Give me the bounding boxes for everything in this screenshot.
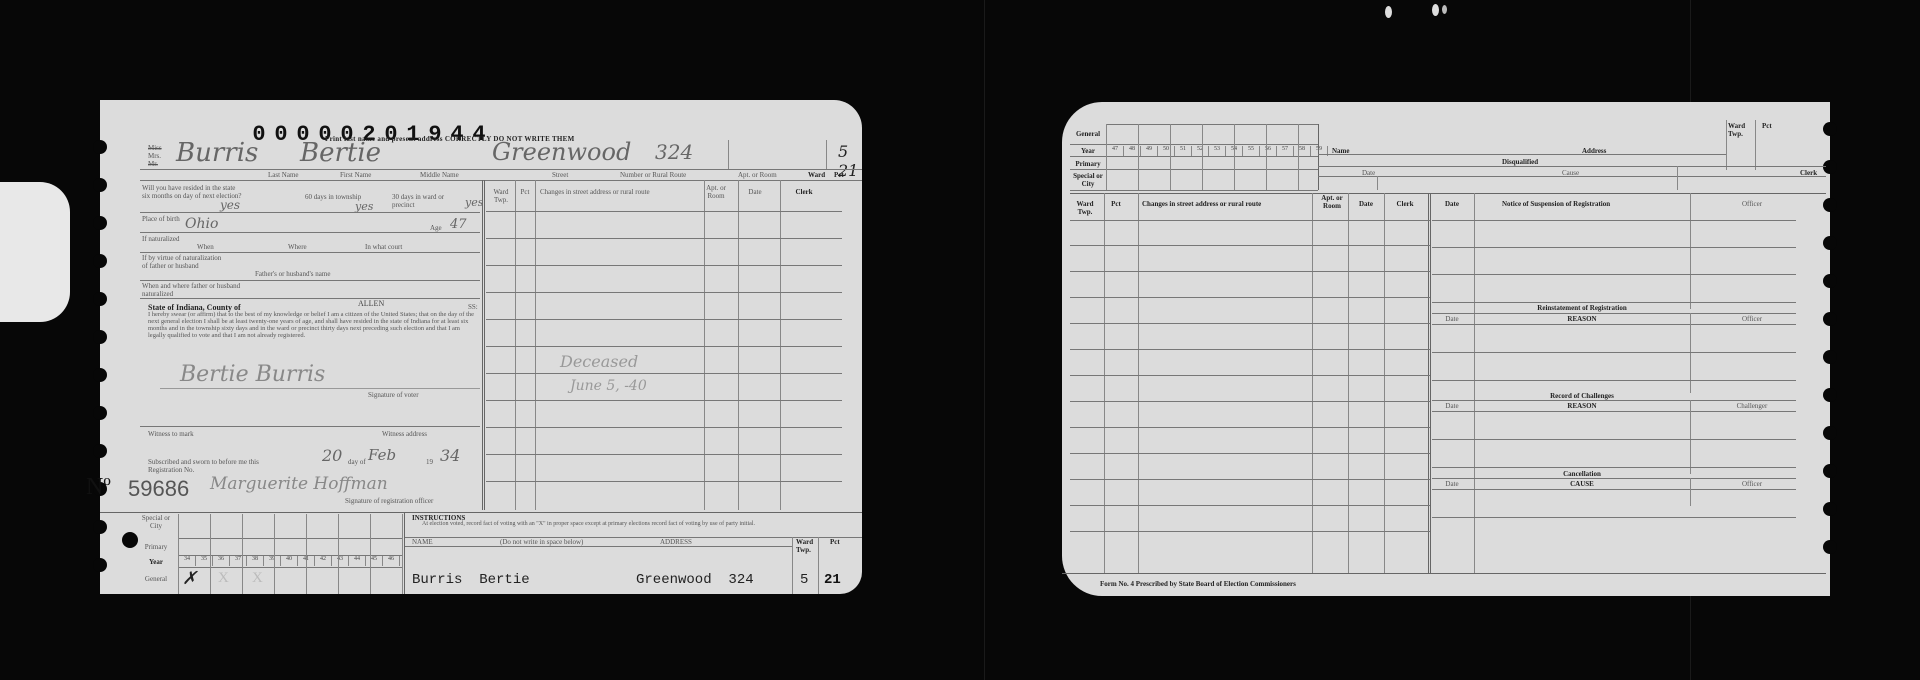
- deceased-date: June 5, -40: [570, 378, 647, 394]
- resided-value: yes: [220, 198, 240, 212]
- voter-signature: Bertie Burris: [180, 362, 325, 387]
- registration-card-back: General Year Primary Special or City 47 …: [1062, 102, 1830, 596]
- cancellation-title: Cancellation: [1474, 470, 1690, 478]
- film-glare: [0, 182, 70, 322]
- challenges-title: Record of Challenges: [1474, 392, 1690, 400]
- sworn-month: Feb: [368, 446, 396, 464]
- sworn-day: 20: [322, 446, 342, 465]
- film-speck: [1432, 4, 1439, 16]
- number-value: 324: [655, 140, 693, 164]
- typed-pct: 21: [824, 572, 841, 588]
- form-footer: Form No. 4 Prescribed by State Board of …: [1100, 580, 1296, 588]
- typed-address: Greenwood 324: [636, 572, 754, 588]
- oath-text: I hereby swear (or affirm) that to the b…: [148, 311, 478, 339]
- birth-place-value: Ohio: [185, 216, 218, 232]
- reinstatement-title: Reinstatement of Registration: [1474, 304, 1690, 312]
- vote-year-row: 47 48 49 50 51 52 53 54 55 56 57 58 59: [1106, 146, 1328, 156]
- officer-signature: Marguerite Hoffman: [210, 474, 388, 494]
- salutations: Miss Mrs. Mr.: [148, 144, 162, 168]
- street-value: Greenwood: [492, 138, 631, 166]
- general-mark-38: X: [252, 570, 263, 587]
- suspension-title: Notice of Suspension of Registration: [1502, 200, 1610, 208]
- film-streak: [984, 0, 985, 680]
- first-name-value: Bertie: [300, 138, 381, 168]
- registration-number: 59686: [128, 476, 189, 502]
- vote-year-row: 34 35 36 37 38 39 40 41 42 43 44 45 46: [178, 556, 400, 566]
- typed-ward: 5: [800, 572, 808, 588]
- age-value: 47: [450, 217, 467, 232]
- deceased-note: Deceased: [560, 352, 638, 371]
- number-symbol: Nº: [86, 474, 111, 501]
- registration-card-front: 00000201944 Print last name and present …: [100, 100, 862, 594]
- county-value: ALLEN: [358, 299, 384, 308]
- film-speck: [1442, 5, 1447, 14]
- sworn-year: 34: [440, 446, 460, 465]
- general-mark-35: X: [218, 570, 229, 587]
- last-name-value: Burris: [176, 138, 258, 168]
- general-mark-34: ✗: [182, 568, 197, 589]
- film-speck: [1385, 6, 1392, 18]
- typed-name: Burris Bertie: [412, 572, 530, 588]
